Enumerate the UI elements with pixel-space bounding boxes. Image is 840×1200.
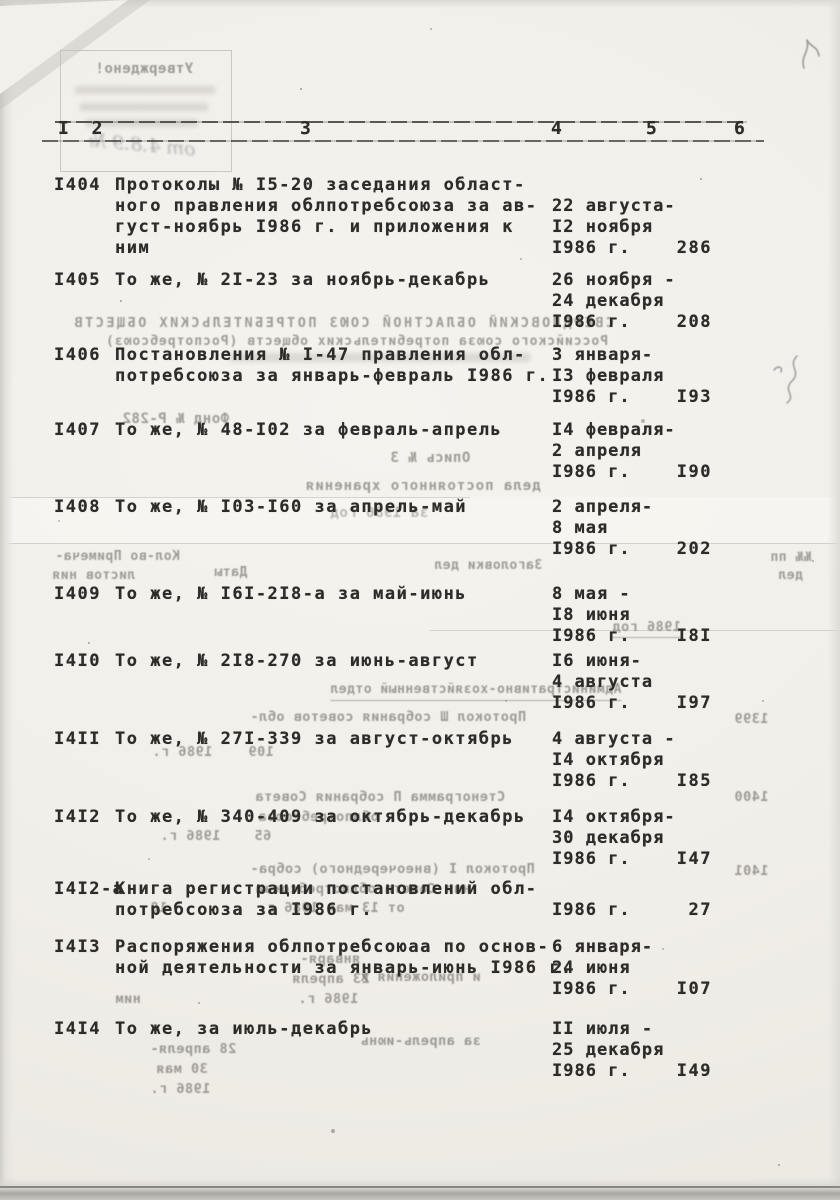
bleedthrough-f_d: за апрель-июнь bbox=[360, 1032, 481, 1050]
bleedthrough-g1401_l1: Протокол I (внеочередного) собра- bbox=[250, 860, 535, 878]
entry-description: То же, № 2I-23 за ноябрь-декабрь bbox=[115, 270, 491, 291]
entry-number: I4II bbox=[54, 729, 101, 750]
entry-description: Постановления № I-47 правления обл-потре… bbox=[115, 345, 549, 387]
bleedthrough-f_g86a: 1986 г. bbox=[298, 990, 358, 1008]
bleedthrough-g1400_num: 1400 bbox=[734, 788, 769, 806]
bleedthrough-f_c2: ним bbox=[115, 990, 141, 1008]
entry-page-count: I47 bbox=[640, 849, 712, 870]
entry-dates: 8 мая -I8 июняI986 г. bbox=[552, 584, 631, 647]
bleedthrough-g1400_date: 1986 г. bbox=[160, 827, 220, 845]
entry-description: То же, № 340-409 за октябрь-декабрь bbox=[115, 807, 526, 828]
entry-page-count: 202 bbox=[640, 539, 712, 560]
header-rule-top bbox=[55, 121, 747, 123]
paper-seam bbox=[0, 543, 840, 544]
bleedthrough-th_nn: №№ пп bbox=[770, 549, 812, 567]
entry-dates: 6 января-24 июняI986 г. bbox=[552, 937, 653, 1000]
bleedthrough-opis: Опись № 3 bbox=[390, 449, 470, 467]
bleedthrough-f_b3: 1986 г. bbox=[150, 1080, 210, 1098]
header-rule-bottom bbox=[42, 140, 764, 142]
pen-mark-icon bbox=[796, 30, 824, 74]
bleedthrough-th_del: дел bbox=[778, 567, 803, 585]
bleedthrough-g1399_l1: Протокол Ш собрания советов обл- bbox=[250, 708, 526, 726]
entry-description: То же, № I6I-2I8-а за май-июнь bbox=[115, 584, 467, 605]
entry-number: I4I2-а bbox=[54, 879, 124, 900]
entry-number: I404 bbox=[54, 175, 101, 196]
page-edge-bottom-line bbox=[0, 1186, 840, 1188]
bleedthrough-g1401_num: 1401 bbox=[734, 862, 769, 880]
entry-page-count: 27 bbox=[640, 900, 712, 921]
column-number-6: 6 bbox=[734, 118, 746, 139]
entry-page-count: 286 bbox=[640, 238, 712, 259]
page-edge-bottom bbox=[0, 1178, 840, 1200]
entry-number: I4I4 bbox=[54, 1019, 101, 1040]
bleedthrough-g1399_num: 1399 bbox=[734, 710, 769, 728]
entry-page-count: I97 bbox=[640, 693, 712, 714]
column-number-5: 5 bbox=[646, 118, 658, 139]
entry-description: То же, за июль-декабрь bbox=[115, 1019, 373, 1040]
entry-page-count: I85 bbox=[640, 771, 712, 792]
entry-number: I405 bbox=[54, 270, 101, 291]
entry-page-count: I8I bbox=[640, 626, 712, 647]
entry-dates: 2 апреля-8 маяI986 г. bbox=[552, 497, 653, 560]
entry-description: Распоряжения облпотребсоюаа по основ-ной… bbox=[115, 937, 573, 979]
pen-mark-icon bbox=[766, 350, 808, 408]
entry-description: Протоколы № I5-20 заседания област-ного … bbox=[115, 175, 537, 259]
bleedthrough-th_kolvo: Кол-во Примеча- bbox=[55, 548, 180, 566]
bleedthrough-th_zagolovki: Заголовки дел bbox=[434, 557, 542, 575]
entry-number: I409 bbox=[54, 584, 101, 605]
entry-description: То же, № 48-I02 за февраль-апрель bbox=[115, 420, 502, 441]
bleedthrough-g1400_l1: Стенограмма П собрания Совета bbox=[255, 788, 505, 806]
bleedthrough-org1: СВЕРДЛОВСКИЙ ОБЛАСТНОЙ СОЮЗ ПОТРЕБИТЕЛЬС… bbox=[72, 314, 614, 332]
entry-number: I4I2 bbox=[54, 807, 101, 828]
entry-description: Книга регистрации постановлений обл-потр… bbox=[115, 879, 537, 921]
entry-number: I4I0 bbox=[54, 651, 101, 672]
scanned-page: Утверждено!от 4.8.9 №СВЕРДЛОВСКИЙ ОБЛАСТ… bbox=[0, 0, 840, 1200]
column-number-4: 4 bbox=[551, 118, 563, 139]
entry-page-count: I93 bbox=[640, 387, 712, 408]
bleedthrough-th_listov: листов ния bbox=[52, 567, 135, 585]
entry-description: То же, № I03-I60 за апрель-май bbox=[115, 497, 467, 518]
approval-stamp-ghost-box bbox=[60, 50, 232, 172]
entry-dates: I6 июня-4 августаI986 г. bbox=[552, 651, 653, 714]
entry-page-count: I90 bbox=[640, 462, 712, 483]
entry-number: I407 bbox=[54, 420, 101, 441]
column-number-3: 3 bbox=[300, 118, 312, 139]
bleedthrough-th_daty: Даты bbox=[214, 564, 247, 582]
entry-number: I4I3 bbox=[54, 937, 101, 958]
bleedthrough-f_b2: 30 мая bbox=[156, 1060, 208, 1078]
entry-description: То же, № 2I8-270 за июнь-август bbox=[115, 651, 479, 672]
paper-seam bbox=[430, 630, 840, 631]
entry-page-count: I07 bbox=[640, 979, 712, 1000]
bleedthrough-g1400_pages: 65 bbox=[254, 827, 271, 845]
bleedthrough-f_b1: 28 апреля- bbox=[150, 1040, 236, 1058]
entry-number: I408 bbox=[54, 497, 101, 518]
page-edge-right bbox=[828, 0, 840, 1200]
page-edge-left bbox=[0, 0, 14, 1200]
bleedthrough-delo: дела постоянного хранения bbox=[305, 477, 541, 495]
entry-number: I406 bbox=[54, 345, 101, 366]
entry-page-count: I49 bbox=[640, 1061, 712, 1082]
entry-dates: I986 г. bbox=[552, 900, 631, 921]
entry-page-count: 208 bbox=[640, 312, 712, 333]
column-number-1-2: I 2 bbox=[58, 118, 109, 139]
entry-description: То же, № 27I-339 за август-октябрь bbox=[115, 729, 514, 750]
